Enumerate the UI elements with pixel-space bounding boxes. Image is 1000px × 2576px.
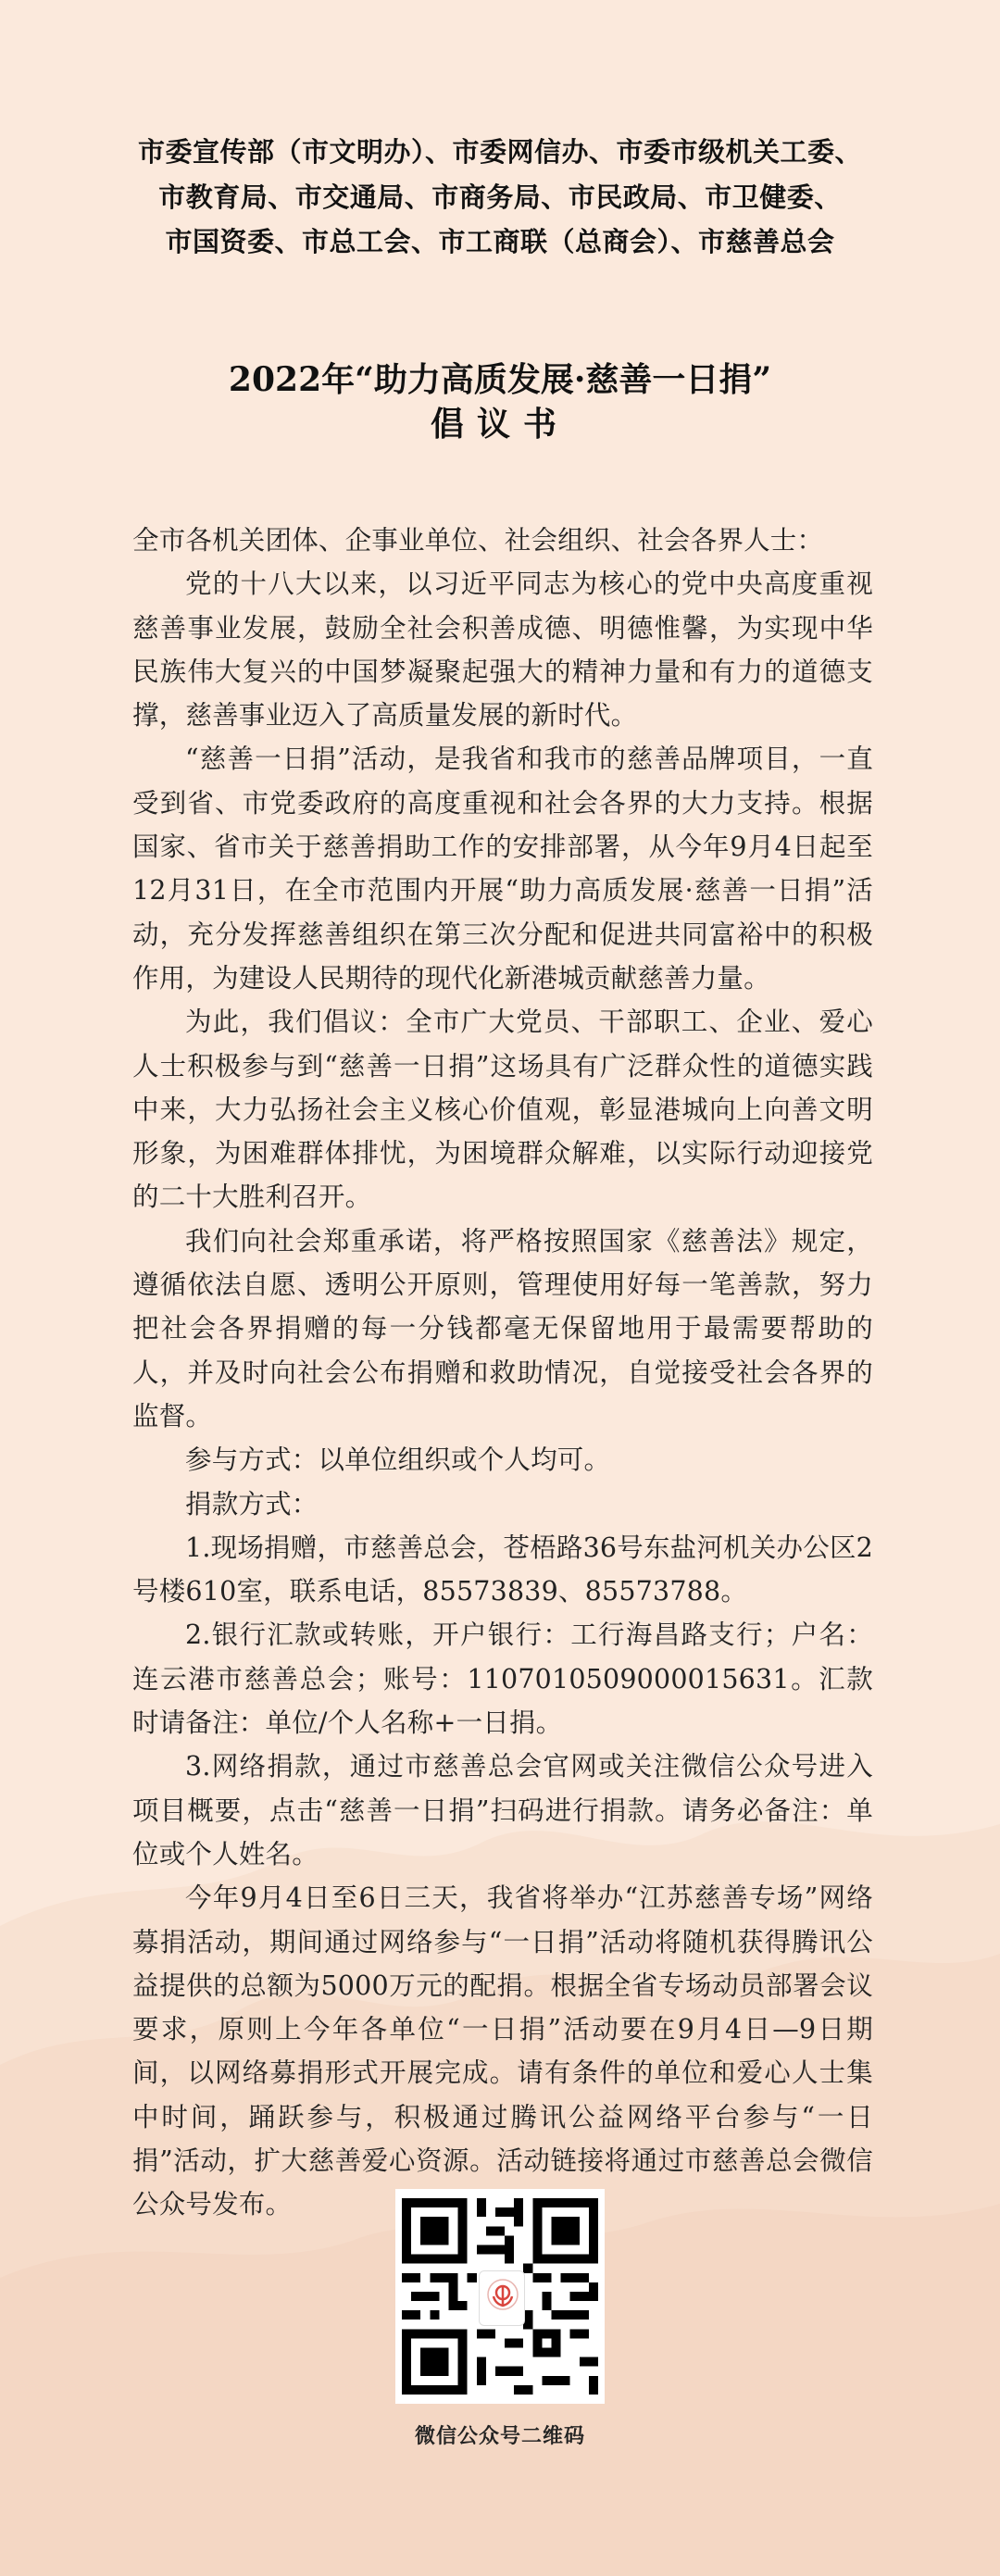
organizers-header: 市委宣传部（市文明办）、市委网信办、市委市级机关工委、 市教育局、市交通局、市商…	[0, 130, 1000, 265]
paragraph: “慈善一日捐”活动，是我省和我市的慈善品牌项目，一直受到省、市党委政府的高度重视…	[132, 737, 873, 1000]
qr-caption: 微信公众号二维码	[0, 2420, 1000, 2449]
donation-method-bank: 2.银行汇款或转账，开户银行：工行海昌路支行；户名：连云港市慈善总会；账号：11…	[132, 1613, 873, 1744]
donation-method-online: 3.网络捐款，通过市慈善总会官网或关注微信公众号进入项目概要，点击“慈善一日捐”…	[132, 1744, 873, 1876]
qr-section: 微信公众号二维码	[0, 2189, 1000, 2449]
qr-code-icon[interactable]	[395, 2189, 605, 2404]
paragraph: 为此，我们倡议：全市广大党员、干部职工、企业、爱心人士积极参与到“慈善一日捐”这…	[132, 1000, 873, 1219]
participation-method: 参与方式：以单位组织或个人均可。	[132, 1438, 873, 1482]
salutation: 全市各机关团体、企事业单位、社会组织、社会各界人士：	[132, 519, 873, 562]
paragraph: 党的十八大以来，以习近平同志为核心的党中央高度重视慈善事业发展，鼓励全社会积善成…	[132, 562, 873, 737]
donation-methods-heading: 捐款方式：	[132, 1482, 873, 1526]
paragraph: 我们向社会郑重承诺，将严格按照国家《慈善法》规定，遵循依法自愿、透明公开原则，管…	[132, 1219, 873, 1438]
title-line-2: 倡议书	[0, 403, 1000, 445]
letter-body: 全市各机关团体、企事业单位、社会组织、社会各界人士： 党的十八大以来，以习近平同…	[132, 519, 873, 2227]
donation-method-onsite: 1.现场捐赠，市慈善总会，苍梧路36号东盐河机关办公区2号楼610室，联系电话，…	[132, 1526, 873, 1614]
document-title: 2022年“助力高质发展·慈善一日捐” 倡议书	[0, 356, 1000, 445]
paragraph: 今年9月4日至6日三天，我省将举办“江苏慈善专场”网络募捐活动，期间通过网络参与…	[132, 1876, 873, 2226]
organizers-line: 市国资委、市总工会、市工商联（总商会）、市慈善总会	[0, 219, 1000, 265]
organizers-line: 市教育局、市交通局、市商务局、市民政局、市卫健委、	[0, 175, 1000, 220]
organizers-line: 市委宣传部（市文明办）、市委网信办、市委市级机关工委、	[0, 130, 1000, 175]
charity-logo-icon	[479, 2270, 525, 2326]
title-line-1: 2022年“助力高质发展·慈善一日捐”	[0, 356, 1000, 403]
